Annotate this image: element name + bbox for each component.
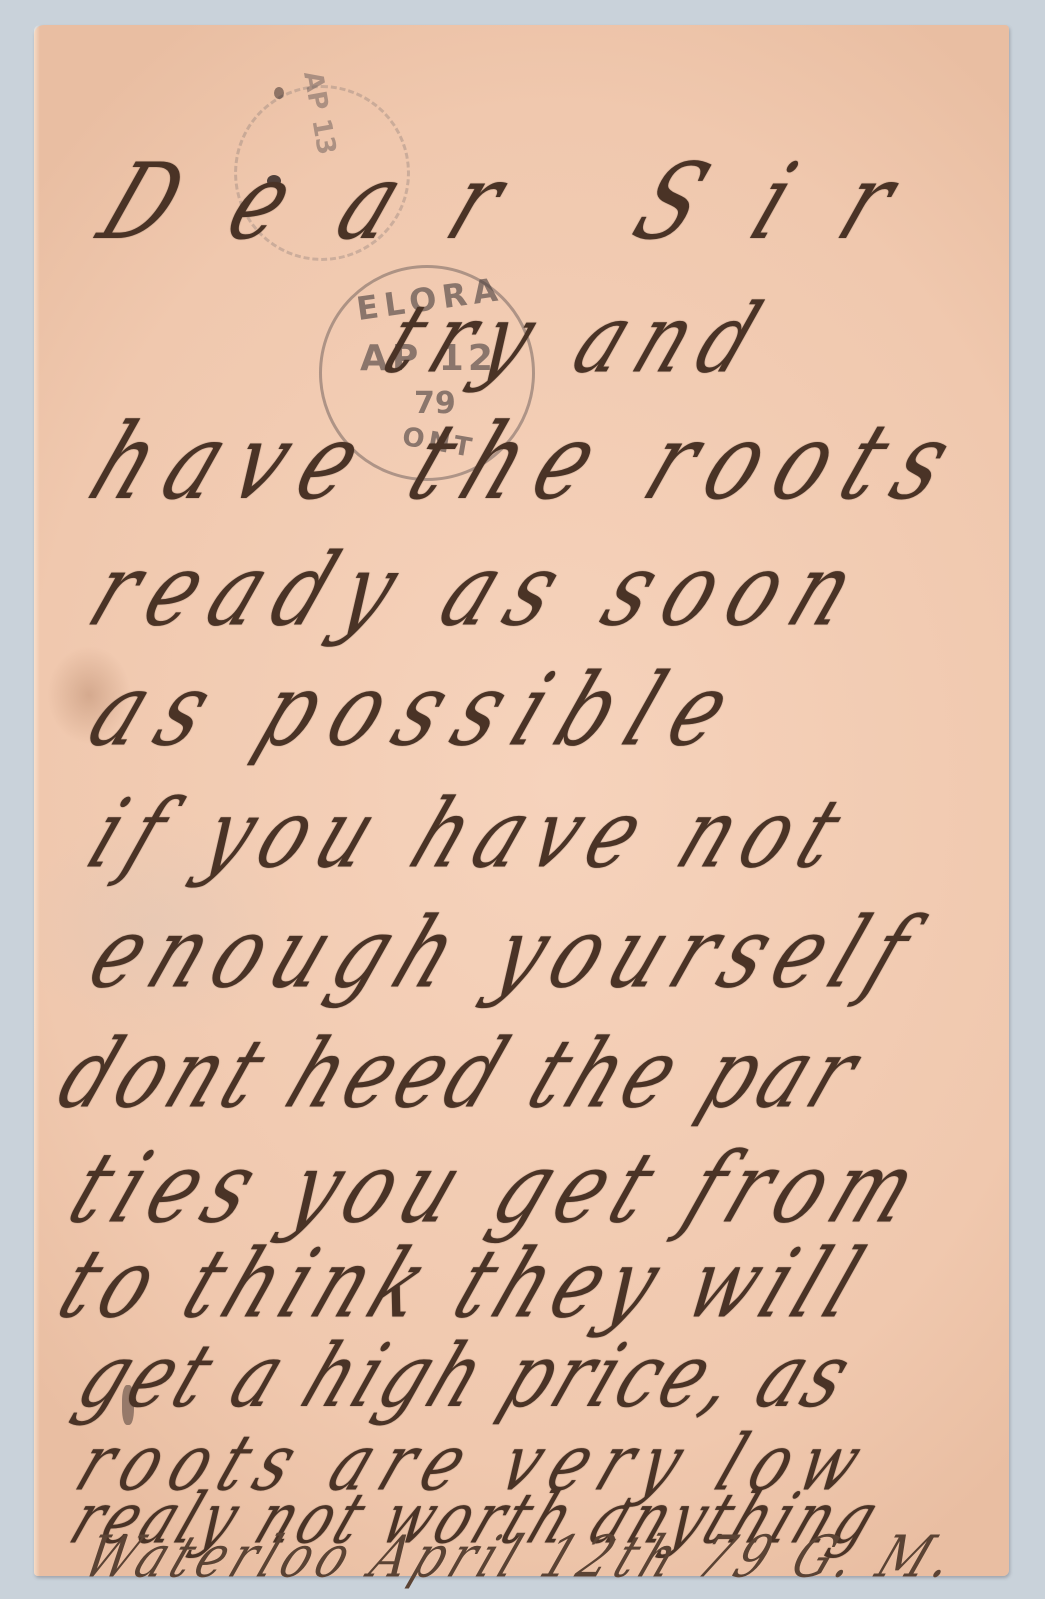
card-edge-highlight [34,25,40,1576]
letter-line: if you have not [74,778,869,889]
letter-line-salutation: Dear Sir [84,141,972,264]
ink-blot [274,87,284,99]
letter-closing-signature: Waterloo April 12th 79 G. M. [74,1524,971,1591]
letter-line: to think they will [44,1228,886,1339]
letter-line: as possible [74,652,764,768]
letter-line: try and [369,283,789,394]
letter-line: enough yourself [74,898,937,1011]
letter-line: have the roots [74,401,986,524]
postcard: AP 13 ELORA AP 12 79 ONT Dear Sir try an… [34,25,1009,1576]
letter-line: get a high price, as [64,1325,869,1428]
letter-line: ready as soon [74,532,887,648]
letter-line: dont heed the par [44,1018,880,1129]
